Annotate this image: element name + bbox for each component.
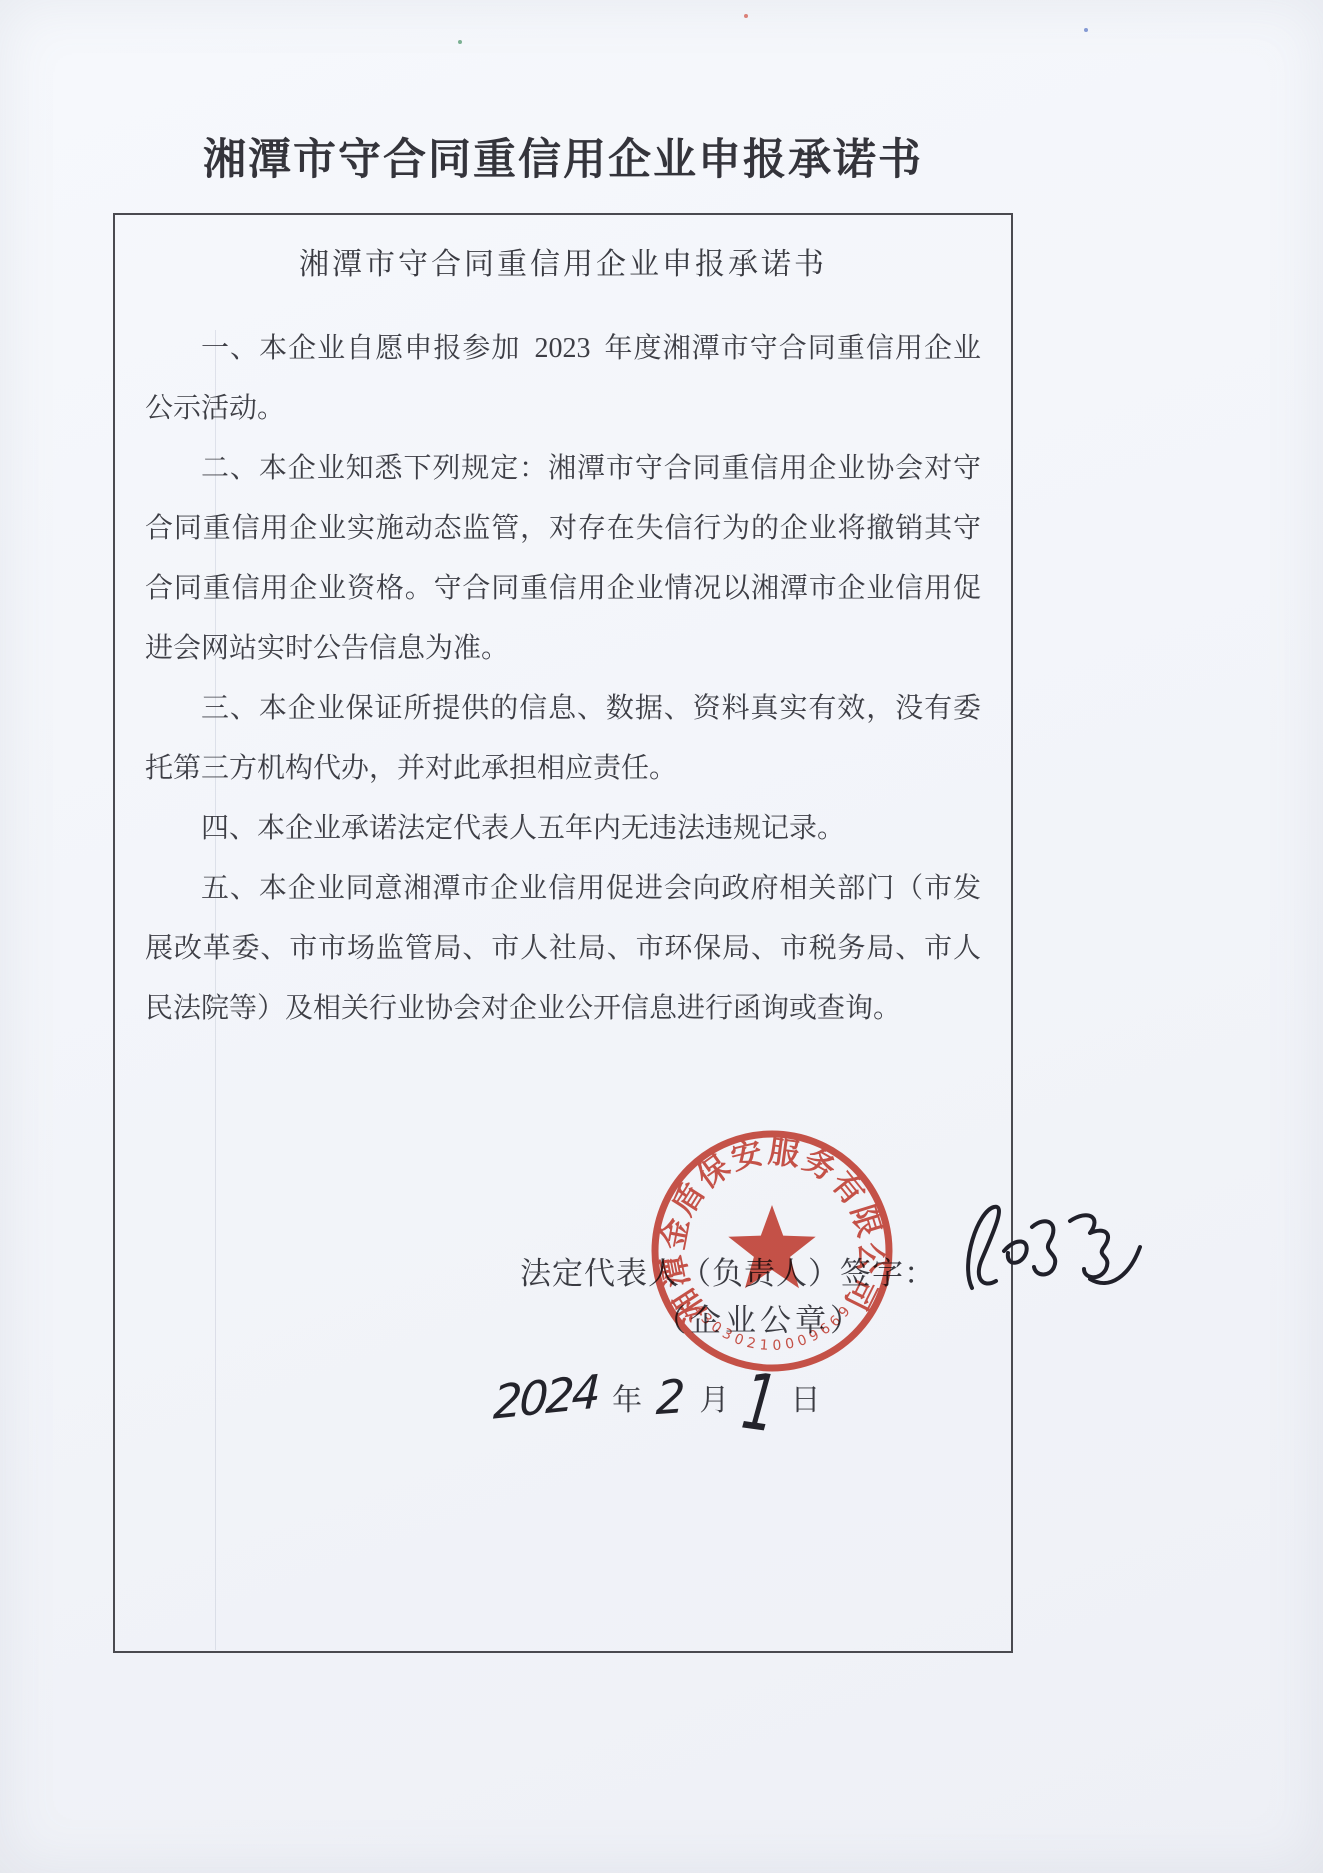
handwritten-year: 2024: [492, 1364, 598, 1429]
document-box: 湘潭市守合同重信用企业申报承诺书 一、本企业自愿申报参加 2023 年度湘潭市守…: [113, 213, 1013, 1653]
paragraph-3: 三、本企业保证所提供的信息、数据、资料真实有效，没有委托第三方机构代办，并对此承…: [145, 679, 981, 799]
company-seal-stamp: 湘潭金盾保安服务有限公司 43030210009669: [648, 1127, 896, 1375]
document-inner-title: 湘潭市守合同重信用企业申报承诺书: [115, 239, 1011, 283]
paragraph-4: 四、本企业承诺法定代表人五年内无违法违规记录。: [145, 799, 981, 859]
scanned-page: 湘潭市守合同重信用企业申报承诺书 湘潭市守合同重信用企业申报承诺书 一、本企业自…: [0, 0, 1323, 1873]
paragraph-1: 一、本企业自愿申报参加 2023 年度湘潭市守合同重信用企业公示活动。: [145, 319, 981, 439]
seal-serial-number: 43030210009669: [688, 1301, 854, 1354]
paragraph-2: 二、本企业知悉下列规定：湘潭市守合同重信用企业协会对守合同重信用企业实施动态监管…: [145, 439, 981, 679]
seal-star-icon: [728, 1205, 815, 1288]
document-body: 一、本企业自愿申报参加 2023 年度湘潭市守合同重信用企业公示活动。 二、本企…: [115, 319, 1011, 1039]
paragraph-5: 五、本企业同意湘潭市企业信用促进会向政府相关部门（市发展改革委、市市场监管局、市…: [145, 859, 981, 1039]
scan-artifact: [1084, 28, 1088, 32]
day-unit: 日: [790, 1375, 820, 1419]
page-title: 湘潭市守合同重信用企业申报承诺书: [113, 126, 1013, 187]
scan-artifact: [458, 40, 462, 44]
year-unit: 年: [612, 1375, 642, 1419]
scan-artifact: [744, 14, 748, 18]
handwritten-month: 2: [655, 1369, 686, 1425]
handwritten-signature: [942, 1193, 1162, 1313]
month-unit: 月: [699, 1375, 729, 1419]
